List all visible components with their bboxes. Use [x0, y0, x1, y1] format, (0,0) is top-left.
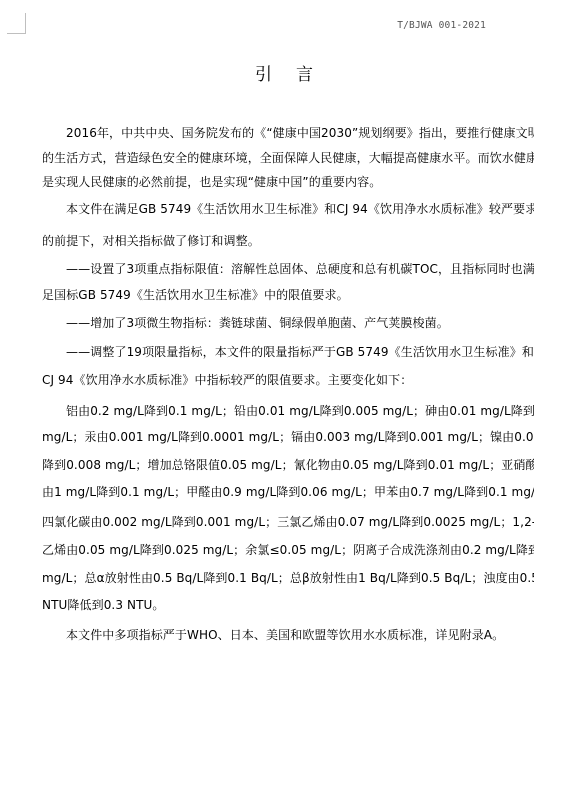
paragraph-6-line-4: 由1 mg/L降到0.1 mg/L；甲醛由0.9 mg/L降到0.06 mg/L… [42, 485, 534, 499]
paragraph-5-line-1: ——调整了19项限量指标，本文件的限量指标严于GB 5749《生活饮用水卫生标准… [66, 345, 534, 359]
paragraph-1-line-2: 的生活方式，营造绿色安全的健康环境，全面保障人民健康，大幅提高健康水平。而饮水健… [42, 151, 534, 165]
paragraph-6-line-3: 降到0.008 mg/L；增加总铬限值0.05 mg/L；氰化物由0.05 mg… [42, 458, 534, 472]
paragraph-6-line-1: 铝由0.2 mg/L降到0.1 mg/L；铅由0.01 mg/L降到0.005 … [66, 404, 534, 418]
paragraph-3-line-2: 足国标GB 5749《生活饮用水卫生标准》中的限值要求。 [42, 288, 534, 302]
document-code: T/BJWA 001-2021 [397, 20, 486, 31]
paragraph-1-line-3: 是实现人民健康的必然前提，也是实现“健康中国”的重要内容。 [42, 175, 534, 189]
paragraph-2-line-1: 本文件在满足GB 5749《生活饮用水卫生标准》和CJ 94《饮用净水水质标准》… [66, 202, 534, 216]
paragraph-4-line-1: ——增加了3项微生物指标：粪链球菌、铜绿假单胞菌、产气荚膜梭菌。 [66, 316, 534, 330]
paragraph-3-line-1: ——设置了3项重点指标限值：溶解性总固体、总硬度和总有机碳TOC，且指标同时也满 [66, 262, 534, 276]
paragraph-7-line-1: 本文件中多项指标严于WHO、日本、美国和欧盟等饮用水水质标准，详见附录A。 [66, 628, 534, 642]
paragraph-1-line-1: 2016年，中共中央、国务院发布的《“健康中国2030”规划纲要》指出，要推行健… [66, 126, 534, 140]
paragraph-6-line-2: mg/L；汞由0.001 mg/L降到0.0001 mg/L；镉由0.003 m… [42, 430, 534, 444]
paragraph-6-line-7: mg/L；总α放射性由0.5 Bq/L降到0.1 Bq/L；总β放射性由1 Bq… [42, 571, 534, 585]
page-title: 引言 [0, 60, 568, 85]
paragraph-6-line-8: NTU降低到0.3 NTU。 [42, 598, 534, 612]
paragraph-2-line-2: 的前提下，对相关指标做了修订和调整。 [42, 234, 534, 248]
paragraph-5-line-2: CJ 94《饮用净水水质标准》中指标较严的限值要求。主要变化如下： [42, 373, 534, 387]
page-corner-mark [7, 13, 26, 34]
paragraph-6-line-5: 四氯化碳由0.002 mg/L降到0.001 mg/L；三氯乙烯由0.07 mg… [42, 515, 534, 529]
paragraph-6-line-6: 乙烯由0.05 mg/L降到0.025 mg/L；余氯≤0.05 mg/L；阴离… [42, 543, 534, 557]
